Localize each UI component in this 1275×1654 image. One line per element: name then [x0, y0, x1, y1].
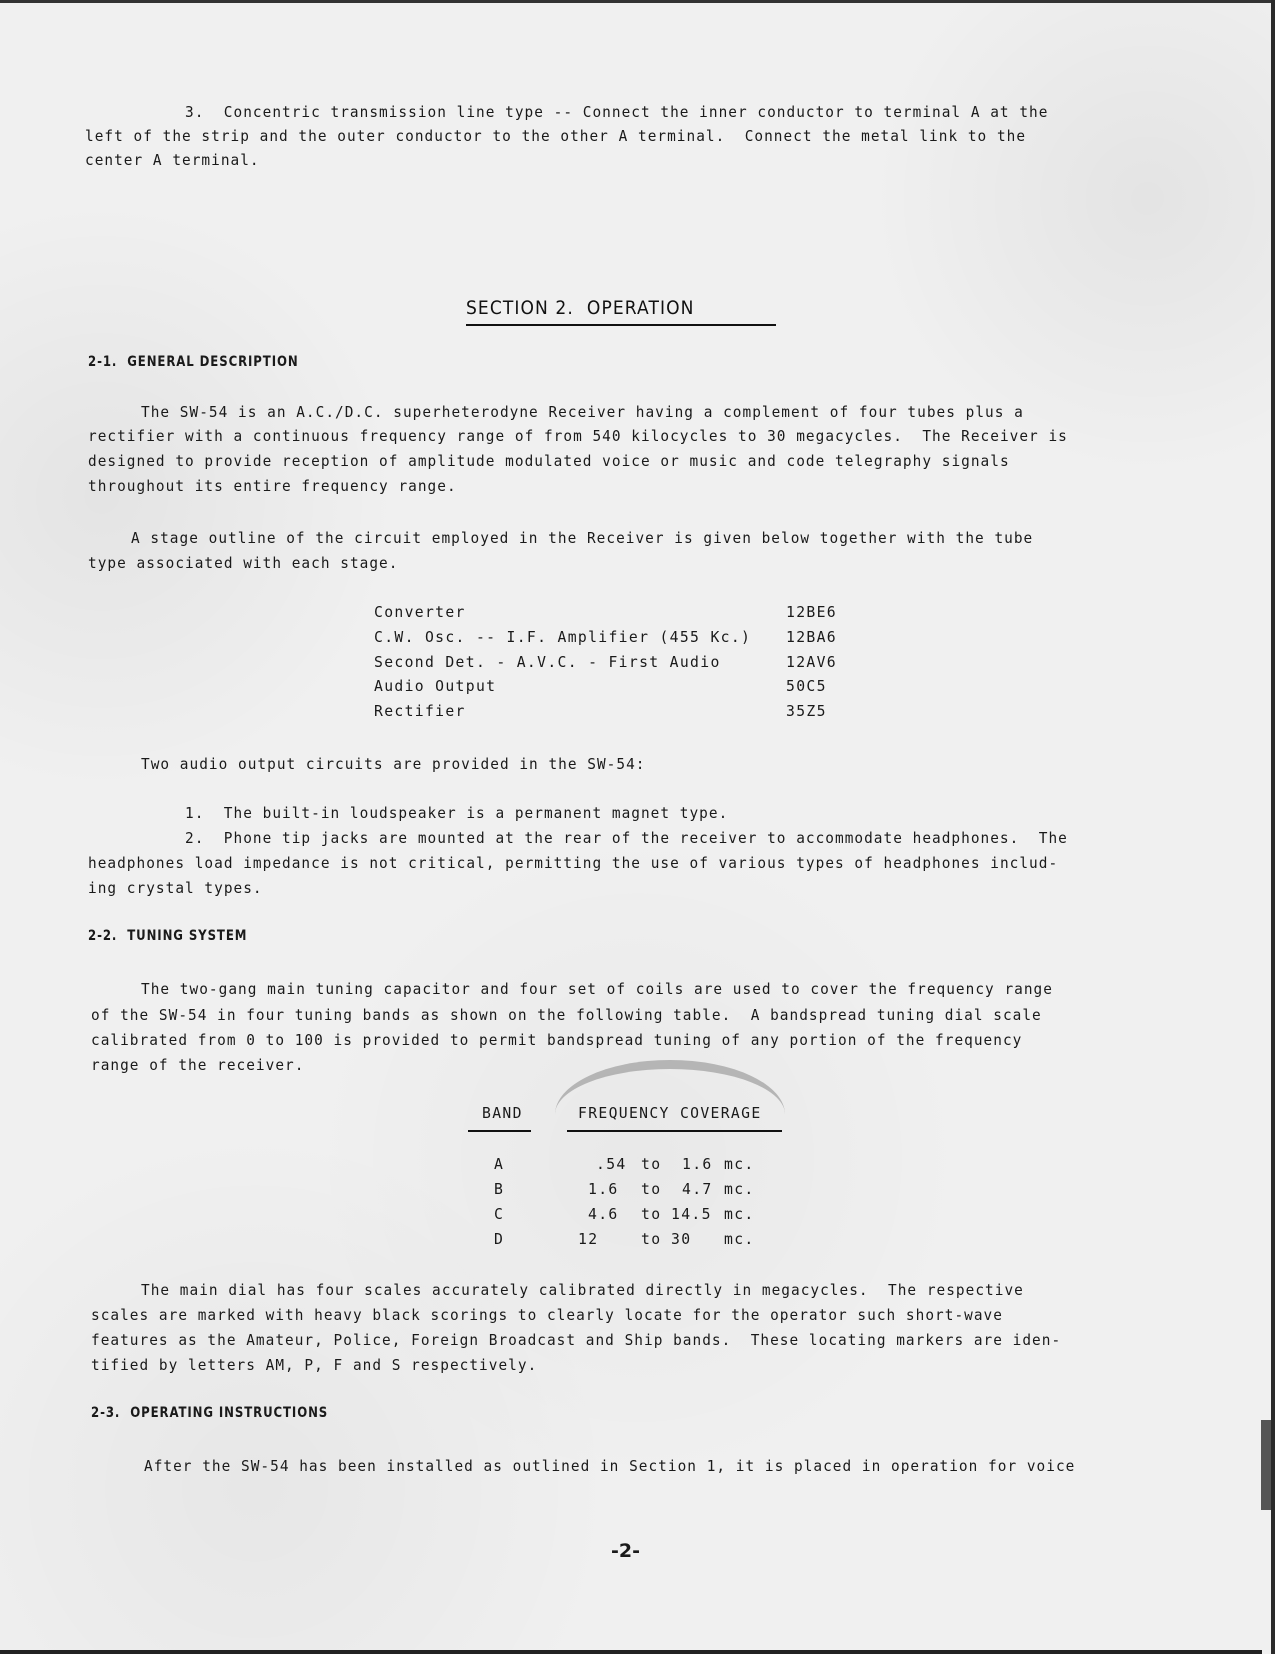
band-to: 14.5	[671, 1205, 712, 1223]
band-letter: D	[494, 1230, 504, 1248]
gd-para3: Two audio output circuits are provided i…	[141, 752, 645, 776]
page-number: -2-	[611, 1540, 640, 1562]
gd-para1-line3: designed to provide reception of amplitu…	[88, 449, 1010, 473]
gd-para1-line4: throughout its entire frequency range.	[88, 474, 457, 498]
band-to-word: to	[641, 1205, 661, 1223]
band-letter: A	[494, 1155, 504, 1173]
gd-para1-line1: The SW-54 is an A.C./D.C. superheterodyn…	[141, 400, 1024, 424]
gd-item2-line3: ing crystal types.	[88, 876, 263, 900]
frequency-header: FREQUENCY COVERAGE	[578, 1104, 762, 1122]
band-to-word: to	[641, 1155, 661, 1173]
stage-tube: 35Z5	[786, 702, 827, 720]
band-unit: mc.	[724, 1180, 755, 1198]
band-unit: mc.	[724, 1155, 755, 1173]
oi-para1-line1: After the SW-54 has been installed as ou…	[144, 1454, 1075, 1478]
item3-line2: left of the strip and the outer conducto…	[85, 124, 1026, 148]
stage-name: Converter	[374, 603, 466, 621]
stage-tube: 12BE6	[786, 603, 837, 621]
band-letter: B	[494, 1180, 504, 1198]
binding-mark	[1261, 1420, 1271, 1510]
ts-para1-line2: of the SW-54 in four tuning bands as sho…	[91, 1003, 1042, 1027]
band-to: 30	[671, 1230, 691, 1248]
page-edge-top	[0, 0, 1275, 3]
stage-tube: 12AV6	[786, 653, 837, 671]
document-page: 3. Concentric transmission line type -- …	[0, 0, 1275, 1654]
gd-para1-line2: rectifier with a continuous frequency ra…	[88, 424, 1068, 448]
band-to: 1.6	[682, 1155, 713, 1173]
band-header-rule	[468, 1130, 531, 1132]
page-edge-bottom	[0, 1650, 1262, 1654]
gd-para2-line1: A stage outline of the circuit employed …	[131, 526, 1033, 550]
ts-para1-line3: calibrated from 0 to 100 is provided to …	[91, 1028, 1022, 1052]
band-from: 12	[578, 1230, 598, 1248]
ts-para2-line2: scales are marked with heavy black scori…	[91, 1303, 1003, 1327]
band-from: .54	[596, 1155, 627, 1173]
band-to-word: to	[641, 1230, 661, 1248]
section-title-underline	[466, 324, 776, 326]
stage-name: Second Det. - A.V.C. - First Audio	[374, 653, 721, 671]
ts-para1-line1: The two-gang main tuning capacitor and f…	[141, 977, 1053, 1001]
gd-item2-line1: 2. Phone tip jacks are mounted at the re…	[185, 826, 1068, 850]
band-header: BAND	[482, 1104, 523, 1122]
ts-para2-line3: features as the Amateur, Police, Foreign…	[91, 1328, 1061, 1352]
item3-line3: center A terminal.	[85, 148, 260, 172]
gd-item1: 1. The built-in loudspeaker is a permane…	[185, 801, 728, 825]
stage-tube: 12BA6	[786, 628, 837, 646]
stage-name: Audio Output	[374, 677, 496, 695]
frequency-header-rule	[567, 1130, 782, 1132]
band-unit: mc.	[724, 1205, 755, 1223]
item3-line1: 3. Concentric transmission line type -- …	[185, 100, 1048, 124]
ts-para2-line1: The main dial has four scales accurately…	[141, 1278, 1024, 1302]
heading-operating-instructions: 2-3. OPERATING INSTRUCTIONS	[91, 1405, 328, 1421]
heading-tuning-system: 2-2. TUNING SYSTEM	[88, 928, 247, 944]
band-from: 1.6	[588, 1180, 619, 1198]
page-edge-right	[1271, 0, 1275, 1654]
stage-name: Rectifier	[374, 702, 466, 720]
band-letter: C	[494, 1205, 504, 1223]
gd-item2-line2: headphones load impedance is not critica…	[88, 851, 1058, 875]
gd-para2-line2: type associated with each stage.	[88, 551, 398, 575]
band-unit: mc.	[724, 1230, 755, 1248]
stage-tube: 50C5	[786, 677, 827, 695]
band-from: 4.6	[588, 1205, 619, 1223]
stage-name: C.W. Osc. -- I.F. Amplifier (455 Kc.)	[374, 628, 751, 646]
ts-para1-line4: range of the receiver.	[91, 1053, 304, 1077]
ts-para2-line4: tified by letters AM, P, F and S respect…	[91, 1353, 537, 1377]
band-to: 4.7	[682, 1180, 713, 1198]
heading-general-description: 2-1. GENERAL DESCRIPTION	[88, 354, 299, 370]
section-title: SECTION 2. OPERATION	[466, 297, 695, 319]
band-to-word: to	[641, 1180, 661, 1198]
